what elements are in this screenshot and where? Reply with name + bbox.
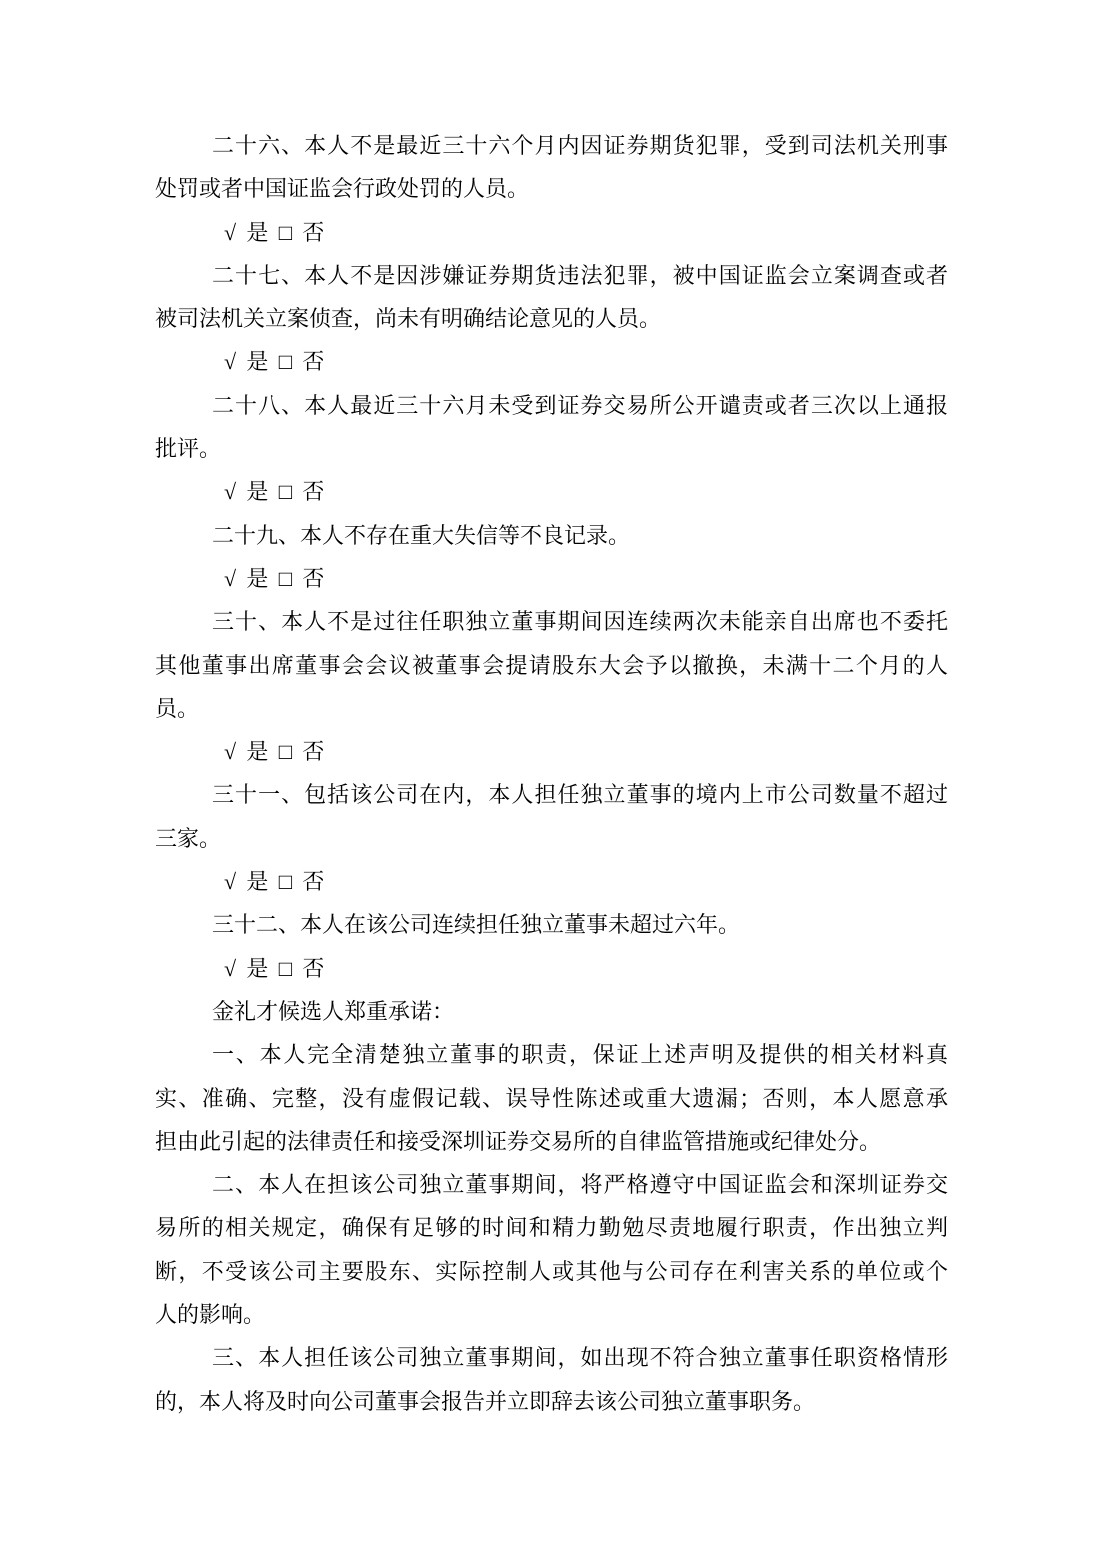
item-text-line: 三十、本人不是过往任职独立董事期间因连续两次未能亲自出席也不委托 [155,600,948,643]
answer-line: √ 是 □ 否 [155,557,948,600]
commitment-heading: 金礼才候选人郑重承诺： [155,990,948,1033]
paragraph-line: 易所的相关规定，确保有足够的时间和精力勤勉尽责地履行职责，作出独立判 [155,1206,948,1249]
item-text-line: 处罚或者中国证监会行政处罚的人员。 [155,167,948,210]
declaration-item-26: 二十六、本人不是最近三十六个月内因证券期货犯罪，受到司法机关刑事 处罚或者中国证… [155,124,948,254]
declaration-item-29: 二十九、本人不存在重大失信等不良记录。 √ 是 □ 否 [155,514,948,601]
document-body: 二十六、本人不是最近三十六个月内因证券期货犯罪，受到司法机关刑事 处罚或者中国证… [155,124,948,1423]
item-text-line: 三家。 [155,817,948,860]
answer-line: √ 是 □ 否 [155,470,948,513]
answer-line: √ 是 □ 否 [155,340,948,383]
item-text-line: 三十二、本人在该公司连续担任独立董事未超过六年。 [155,903,948,946]
answer-line: √ 是 □ 否 [155,211,948,254]
paragraph-line: 二、本人在担该公司独立董事期间，将严格遵守中国证监会和深圳证券交 [155,1163,948,1206]
item-text-line: 二十七、本人不是因涉嫌证券期货违法犯罪，被中国证监会立案调查或者 [155,254,948,297]
declaration-item-30: 三十、本人不是过往任职独立董事期间因连续两次未能亲自出席也不委托 其他董事出席董… [155,600,948,773]
paragraph-line: 担由此引起的法律责任和接受深圳证券交易所的自律监管措施或纪律处分。 [155,1120,948,1163]
paragraph-line: 的，本人将及时向公司董事会报告并立即辞去该公司独立董事职务。 [155,1380,948,1423]
item-text-line: 三十一、包括该公司在内，本人担任独立董事的境内上市公司数量不超过 [155,773,948,816]
commitment-paragraph-1: 一、本人完全清楚独立董事的职责，保证上述声明及提供的相关材料真 实、准确、完整，… [155,1033,948,1163]
declaration-item-28: 二十八、本人最近三十六月未受到证券交易所公开谴责或者三次以上通报 批评。 √ 是… [155,384,948,514]
answer-line: √ 是 □ 否 [155,730,948,773]
declaration-item-31: 三十一、包括该公司在内，本人担任独立董事的境内上市公司数量不超过 三家。 √ 是… [155,773,948,903]
commitment-paragraph-2: 二、本人在担该公司独立董事期间，将严格遵守中国证监会和深圳证券交 易所的相关规定… [155,1163,948,1336]
commitment-paragraph-3: 三、本人担任该公司独立董事期间，如出现不符合独立董事任职资格情形 的，本人将及时… [155,1336,948,1423]
paragraph-line: 实、准确、完整，没有虚假记载、误导性陈述或重大遗漏；否则，本人愿意承 [155,1077,948,1120]
document-page: 二十六、本人不是最近三十六个月内因证券期货犯罪，受到司法机关刑事 处罚或者中国证… [0,0,1102,1559]
item-text-line: 二十八、本人最近三十六月未受到证券交易所公开谴责或者三次以上通报 [155,384,948,427]
item-text-line: 二十九、本人不存在重大失信等不良记录。 [155,514,948,557]
answer-line: √ 是 □ 否 [155,860,948,903]
paragraph-line: 一、本人完全清楚独立董事的职责，保证上述声明及提供的相关材料真 [155,1033,948,1076]
item-text-line: 被司法机关立案侦查，尚未有明确结论意见的人员。 [155,297,948,340]
item-text-line: 二十六、本人不是最近三十六个月内因证券期货犯罪，受到司法机关刑事 [155,124,948,167]
paragraph-line: 断，不受该公司主要股东、实际控制人或其他与公司存在利害关系的单位或个 [155,1250,948,1293]
item-text-line: 批评。 [155,427,948,470]
paragraph-line: 三、本人担任该公司独立董事期间，如出现不符合独立董事任职资格情形 [155,1336,948,1379]
answer-line: √ 是 □ 否 [155,947,948,990]
paragraph-line: 人的影响。 [155,1293,948,1336]
declaration-item-32: 三十二、本人在该公司连续担任独立董事未超过六年。 √ 是 □ 否 [155,903,948,990]
item-text-line: 员。 [155,687,948,730]
item-text-line: 其他董事出席董事会会议被董事会提请股东大会予以撤换，未满十二个月的人 [155,644,948,687]
declaration-item-27: 二十七、本人不是因涉嫌证券期货违法犯罪，被中国证监会立案调查或者 被司法机关立案… [155,254,948,384]
